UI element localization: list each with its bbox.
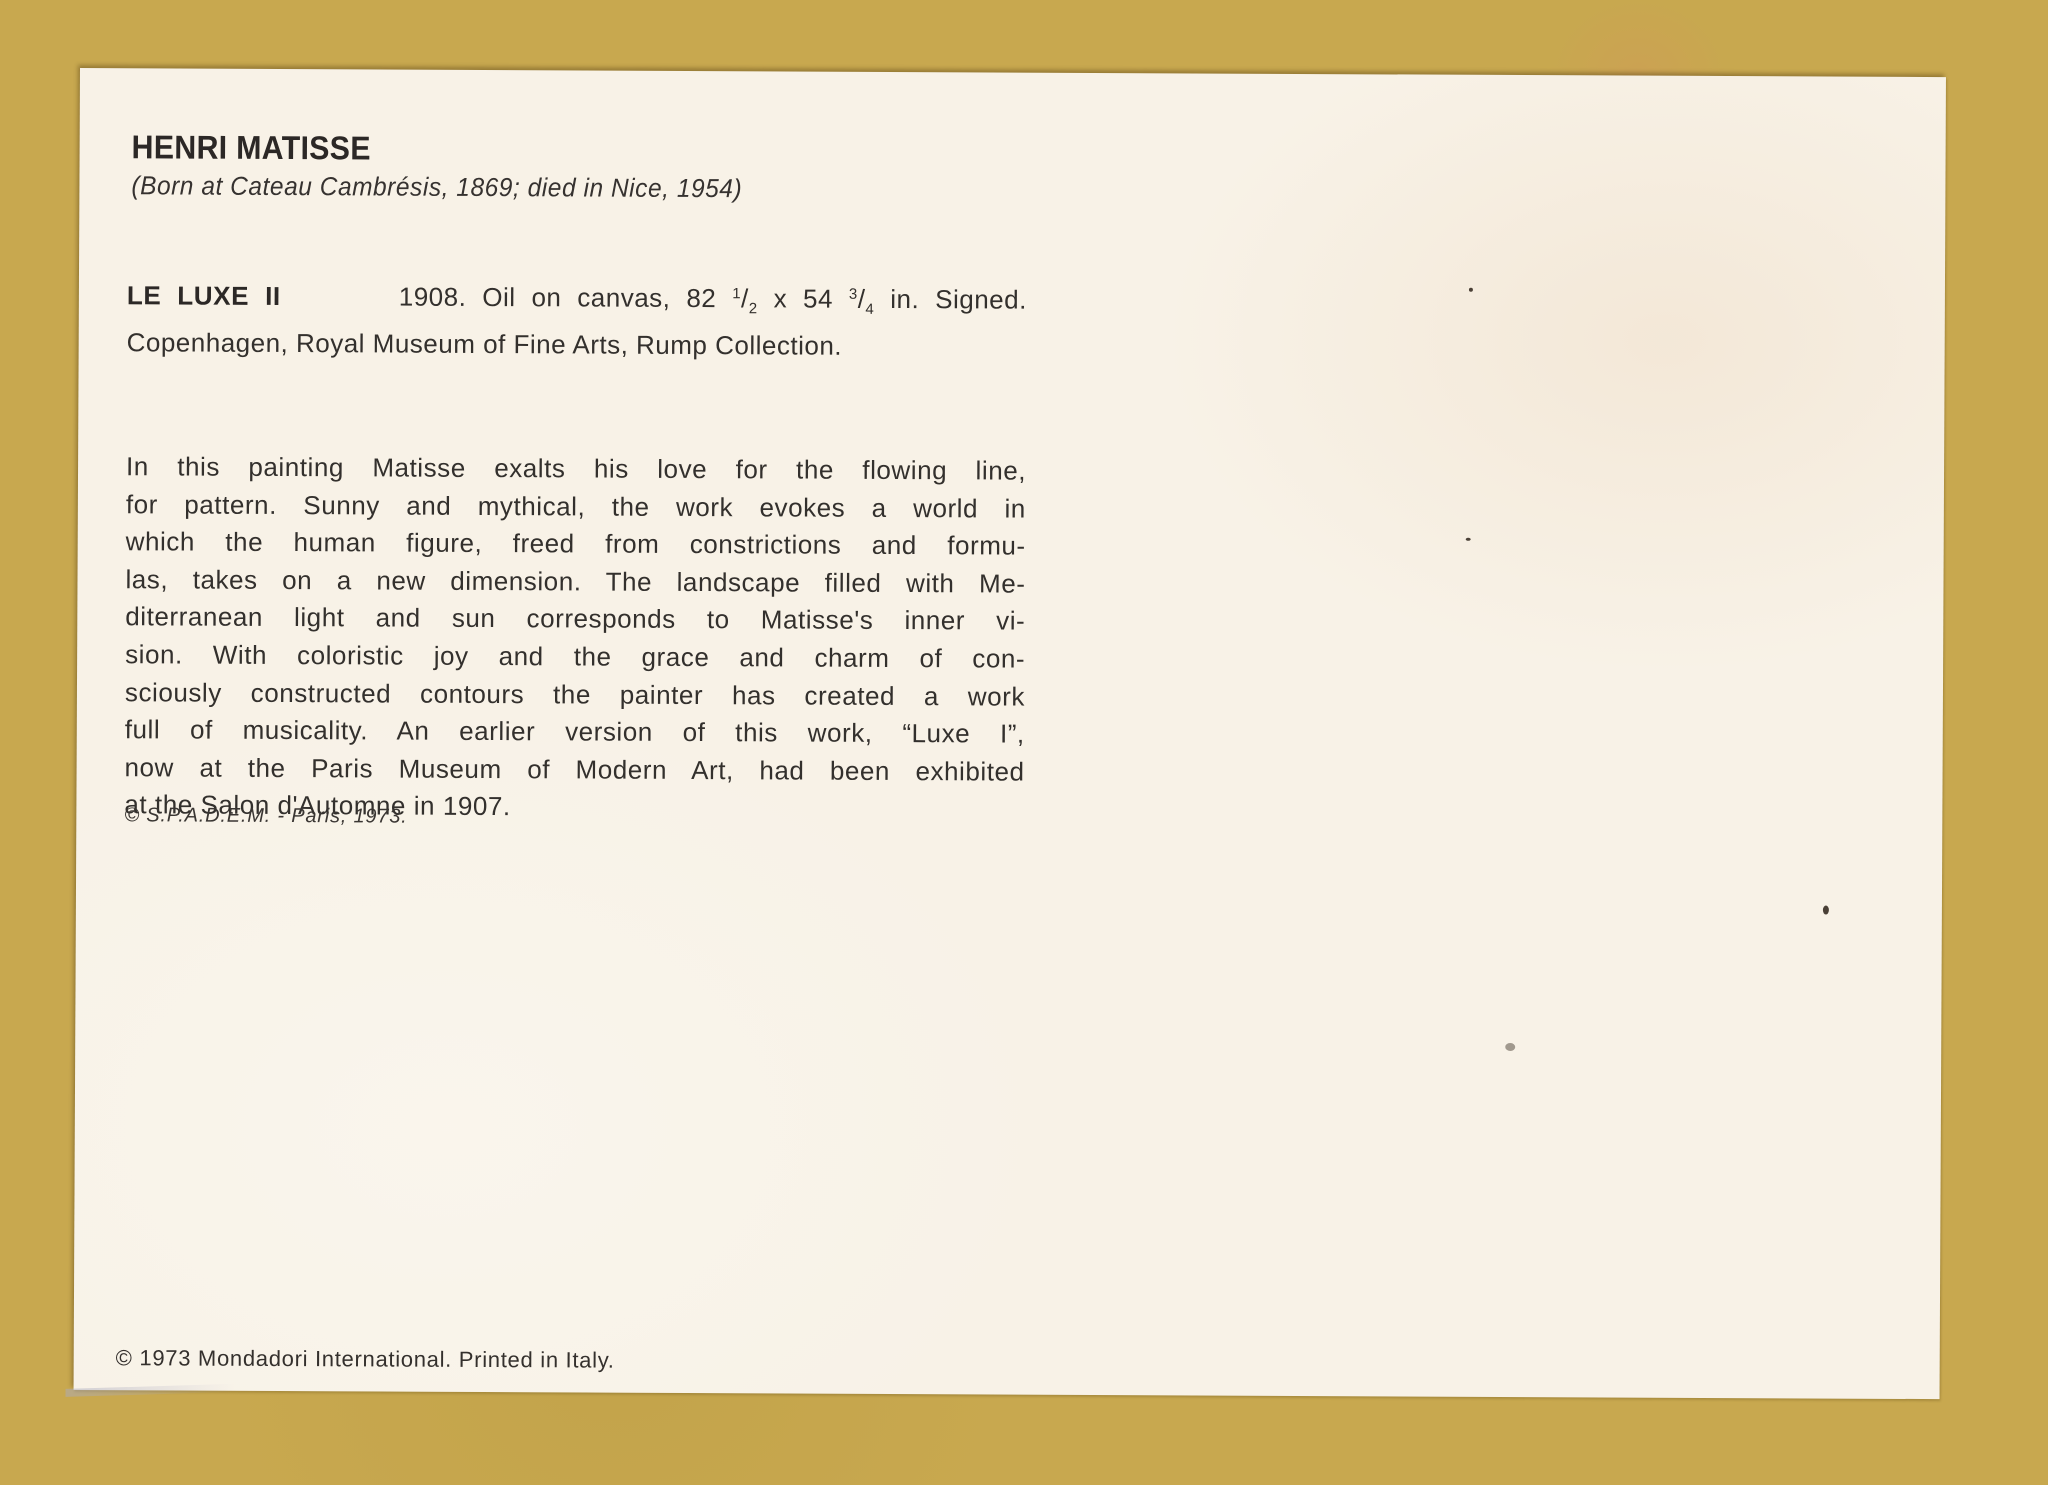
artwork-year-medium: 1908. Oil on canvas, 82 [399, 282, 717, 314]
description-line: full of musicality. An earlier version o… [125, 711, 1025, 753]
description-line: sion. With coloristic joy and the grace … [125, 636, 1025, 678]
artist-life-dates: (Born at Cateau Cambrésis, 1869; died in… [131, 170, 742, 204]
corner-scuff [66, 1384, 236, 1397]
dimension-separator: x 54 [758, 283, 849, 313]
image-copyright: © S.P.A.D.E.M. - Paris, 1973. [124, 804, 407, 828]
description-line: In this painting Matisse exalts his love… [126, 448, 1026, 490]
publisher-footer: © 1973 Mondadori International. Printed … [116, 1345, 615, 1373]
artwork-title: LE LUXE II [127, 280, 281, 311]
dimension-1-denominator: 2 [749, 300, 758, 317]
description-line: which the human figure, freed from const… [126, 523, 1026, 565]
paper-speck [1823, 906, 1829, 915]
paper-speck [1505, 1043, 1515, 1051]
dimension-2-numerator: 3 [849, 286, 858, 303]
postcard: HENRI MATISSE (Born at Cateau Cambrésis,… [74, 68, 1946, 1399]
description-line: diterranean light and sun corresponds to… [125, 599, 1025, 641]
description-line: for pattern. Sunny and mythical, the wor… [126, 486, 1026, 528]
dimension-1-numerator: 1 [732, 285, 741, 302]
description-line: sciously constructed contours the painte… [125, 674, 1025, 716]
description-line: now at the Paris Museum of Modern Art, h… [124, 749, 1024, 791]
dimension-unit: in. [874, 284, 919, 314]
paper-speck [1466, 538, 1471, 541]
paper-speck [1469, 288, 1473, 292]
description-line: las, takes on a new dimension. The lands… [125, 561, 1025, 603]
artwork-entry: LE LUXE II1908. Oil on canvas, 82 1/2 x … [127, 273, 1027, 364]
artist-name: HENRI MATISSE [132, 128, 371, 167]
artwork-description: In this painting Matisse exalts his love… [124, 448, 1026, 828]
